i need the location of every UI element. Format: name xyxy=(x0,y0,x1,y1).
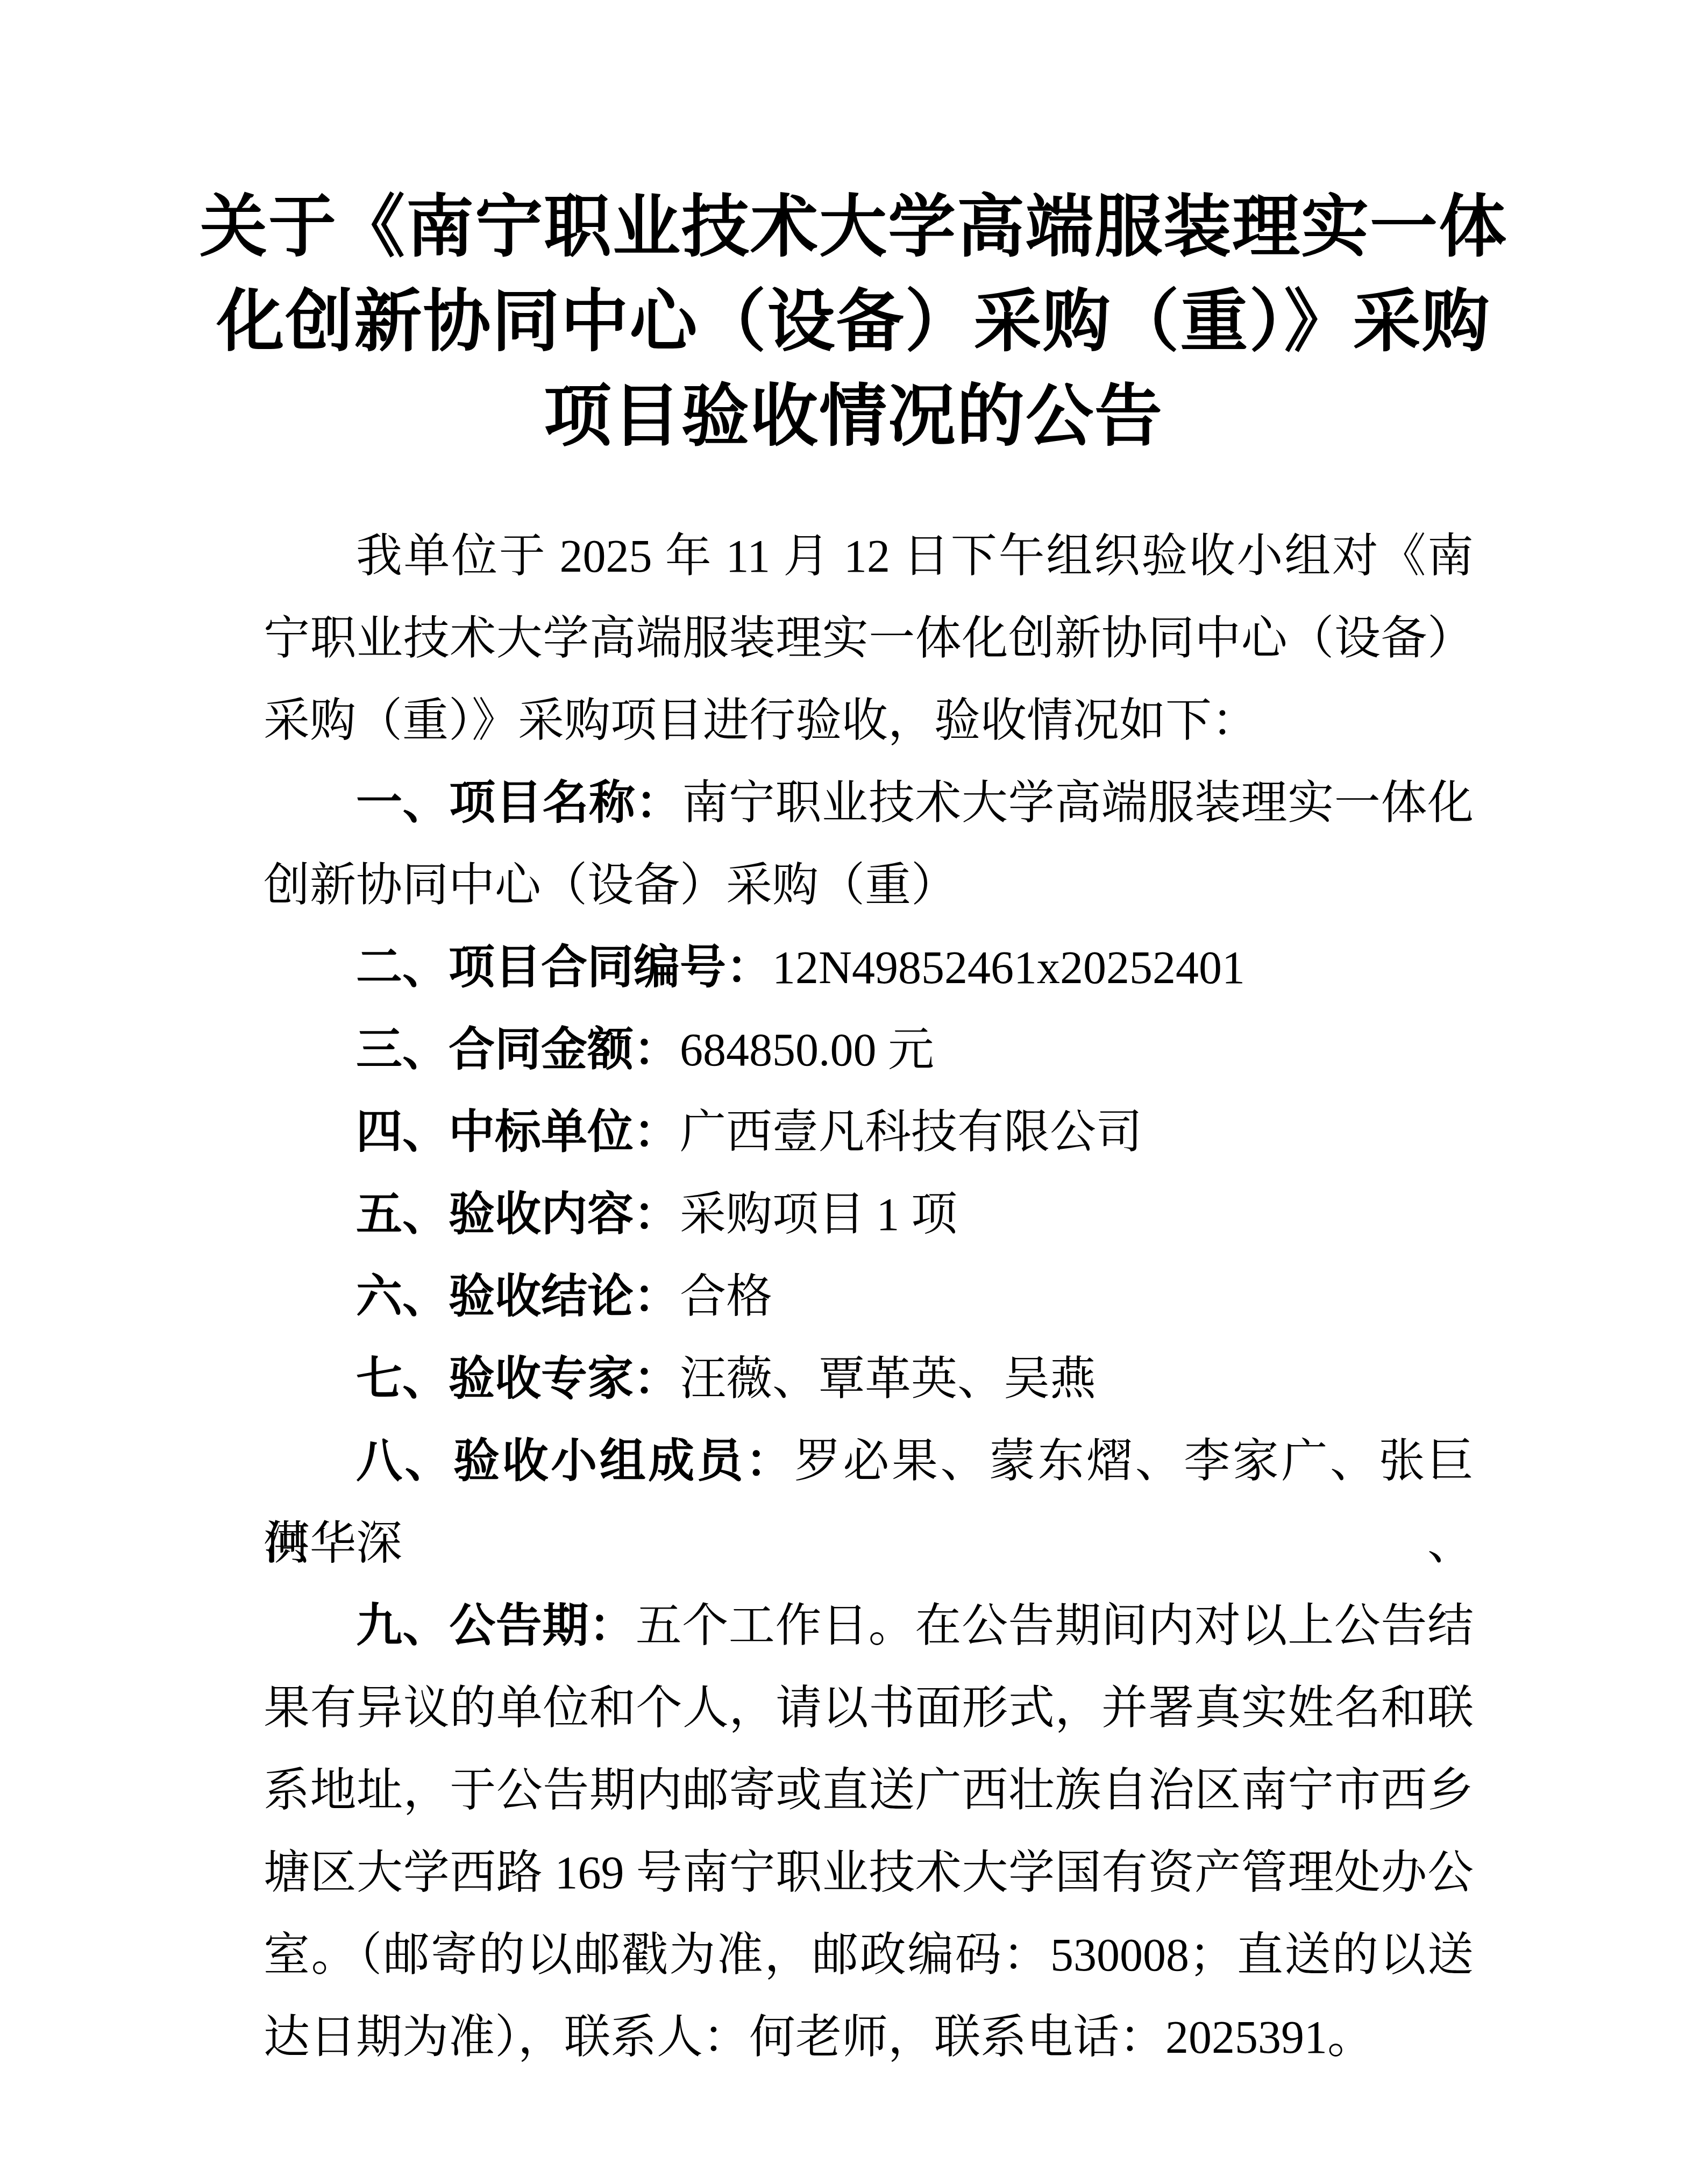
body-line-item3: 三、合同金额：684850.00 元 xyxy=(264,1009,1474,1091)
body-text: 果有异议的单位和个人，请以书面形式，并署真实姓名和联 xyxy=(264,1682,1474,1734)
item-value-acceptance-conclusion: 合格 xyxy=(680,1271,772,1322)
body-line-intro-3: 采购（重）》采购项目进行验收，验收情况如下： xyxy=(264,680,1474,762)
item-label-winning-bidder: 四、中标单位： xyxy=(356,1106,680,1158)
document-page: 关于《南宁职业技术大学高端服装理实一体 化创新协同中心（设备）采购（重）》采购 … xyxy=(0,0,1707,2184)
item-label-acceptance-content: 五、验收内容： xyxy=(356,1189,680,1240)
body-text: 我单位于 2025 年 11 月 12 日下午组织验收小组对《南 xyxy=(356,530,1474,582)
body-text: 室。（邮寄的以邮戳为准，邮政编码：530008；直送的以送 xyxy=(264,1929,1474,1981)
body-line-intro-1: 我单位于 2025 年 11 月 12 日下午组织验收小组对《南 xyxy=(264,515,1474,597)
item-value-contract-number: 12N49852461x20252401 xyxy=(772,942,1245,993)
item-value-project-name: 南宁职业技术大学高端服装理实一体化 xyxy=(682,777,1474,829)
item-value-acceptance-content: 采购项目 1 项 xyxy=(680,1189,957,1240)
body-line-item4: 四、中标单位：广西壹凡科技有限公司 xyxy=(264,1091,1474,1173)
item-value-acceptance-team-cont: 何华深 xyxy=(264,1518,402,1569)
body-text: 系地址，于公告期内邮寄或直送广西壮族自治区南宁市西乡 xyxy=(264,1765,1474,1816)
title-line-1: 关于《南宁职业技术大学高端服装理实一体 xyxy=(0,181,1707,275)
body-text: 达日期为准），联系人：何老师，联系电话：2025391。 xyxy=(264,2011,1374,2063)
body-line-intro-2: 宁职业技术大学高端服装理实一体化创新协同中心（设备） xyxy=(264,597,1474,680)
item-label-project-name: 一、项目名称： xyxy=(356,777,682,829)
body-line-item9-cont-3: 塘区大学西路 169 号南宁职业技术大学国有资产管理处办公 xyxy=(264,1832,1474,1914)
item-value-contract-amount: 684850.00 元 xyxy=(680,1024,934,1076)
body-line-item1: 一、项目名称：南宁职业技术大学高端服装理实一体化 xyxy=(264,762,1474,844)
item-label-contract-number: 二、项目合同编号： xyxy=(356,942,772,993)
body-line-item7: 七、验收专家：汪薇、覃革英、吴燕 xyxy=(264,1338,1474,1420)
body-line-item5: 五、验收内容：采购项目 1 项 xyxy=(264,1173,1474,1256)
item-label-acceptance-team: 八、验收小组成员： xyxy=(356,1435,794,1487)
body-line-item9-cont-2: 系地址，于公告期内邮寄或直送广西壮族自治区南宁市西乡 xyxy=(264,1749,1474,1832)
body-text: 采购（重）》采购项目进行验收，验收情况如下： xyxy=(264,695,1258,746)
title-line-2: 化创新协同中心（设备）采购（重）》采购 xyxy=(0,275,1707,370)
item-value-project-name-cont: 创新协同中心（设备）采购（重） xyxy=(264,859,957,911)
document-body: 我单位于 2025 年 11 月 12 日下午组织验收小组对《南 宁职业技术大学… xyxy=(264,515,1474,2079)
item-value-announcement-period: 五个工作日。在公告期间内对以上公告结 xyxy=(636,1600,1474,1652)
body-line-item9-cont-1: 果有异议的单位和个人，请以书面形式，并署真实姓名和联 xyxy=(264,1667,1474,1749)
body-line-item8: 八、验收小组成员：罗必果、蒙东熠、李家广、张巨洪、 xyxy=(264,1420,1474,1503)
item-value-winning-bidder: 广西壹凡科技有限公司 xyxy=(680,1106,1142,1158)
item-value-acceptance-experts: 汪薇、覃革英、吴燕 xyxy=(680,1353,1096,1405)
body-text: 宁职业技术大学高端服装理实一体化创新协同中心（设备） xyxy=(264,613,1474,664)
body-line-item9-cont-5: 达日期为准），联系人：何老师，联系电话：2025391。 xyxy=(264,1996,1474,2079)
item-label-acceptance-conclusion: 六、验收结论： xyxy=(356,1271,680,1322)
document-title: 关于《南宁职业技术大学高端服装理实一体 化创新协同中心（设备）采购（重）》采购 … xyxy=(0,181,1707,465)
body-line-item6: 六、验收结论：合格 xyxy=(264,1256,1474,1338)
item-label-contract-amount: 三、合同金额： xyxy=(356,1024,680,1076)
body-line-item2: 二、项目合同编号：12N49852461x20252401 xyxy=(264,927,1474,1009)
body-line-item9-cont-4: 室。（邮寄的以邮戳为准，邮政编码：530008；直送的以送 xyxy=(264,1914,1474,1996)
body-line-item1-cont: 创新协同中心（设备）采购（重） xyxy=(264,844,1474,927)
item-label-announcement-period: 九、公告期： xyxy=(356,1600,636,1652)
item-label-acceptance-experts: 七、验收专家： xyxy=(356,1353,680,1405)
body-line-item9: 九、公告期：五个工作日。在公告期间内对以上公告结 xyxy=(264,1585,1474,1667)
body-text: 塘区大学西路 169 号南宁职业技术大学国有资产管理处办公 xyxy=(264,1847,1474,1898)
title-line-3: 项目验收情况的公告 xyxy=(0,370,1707,465)
